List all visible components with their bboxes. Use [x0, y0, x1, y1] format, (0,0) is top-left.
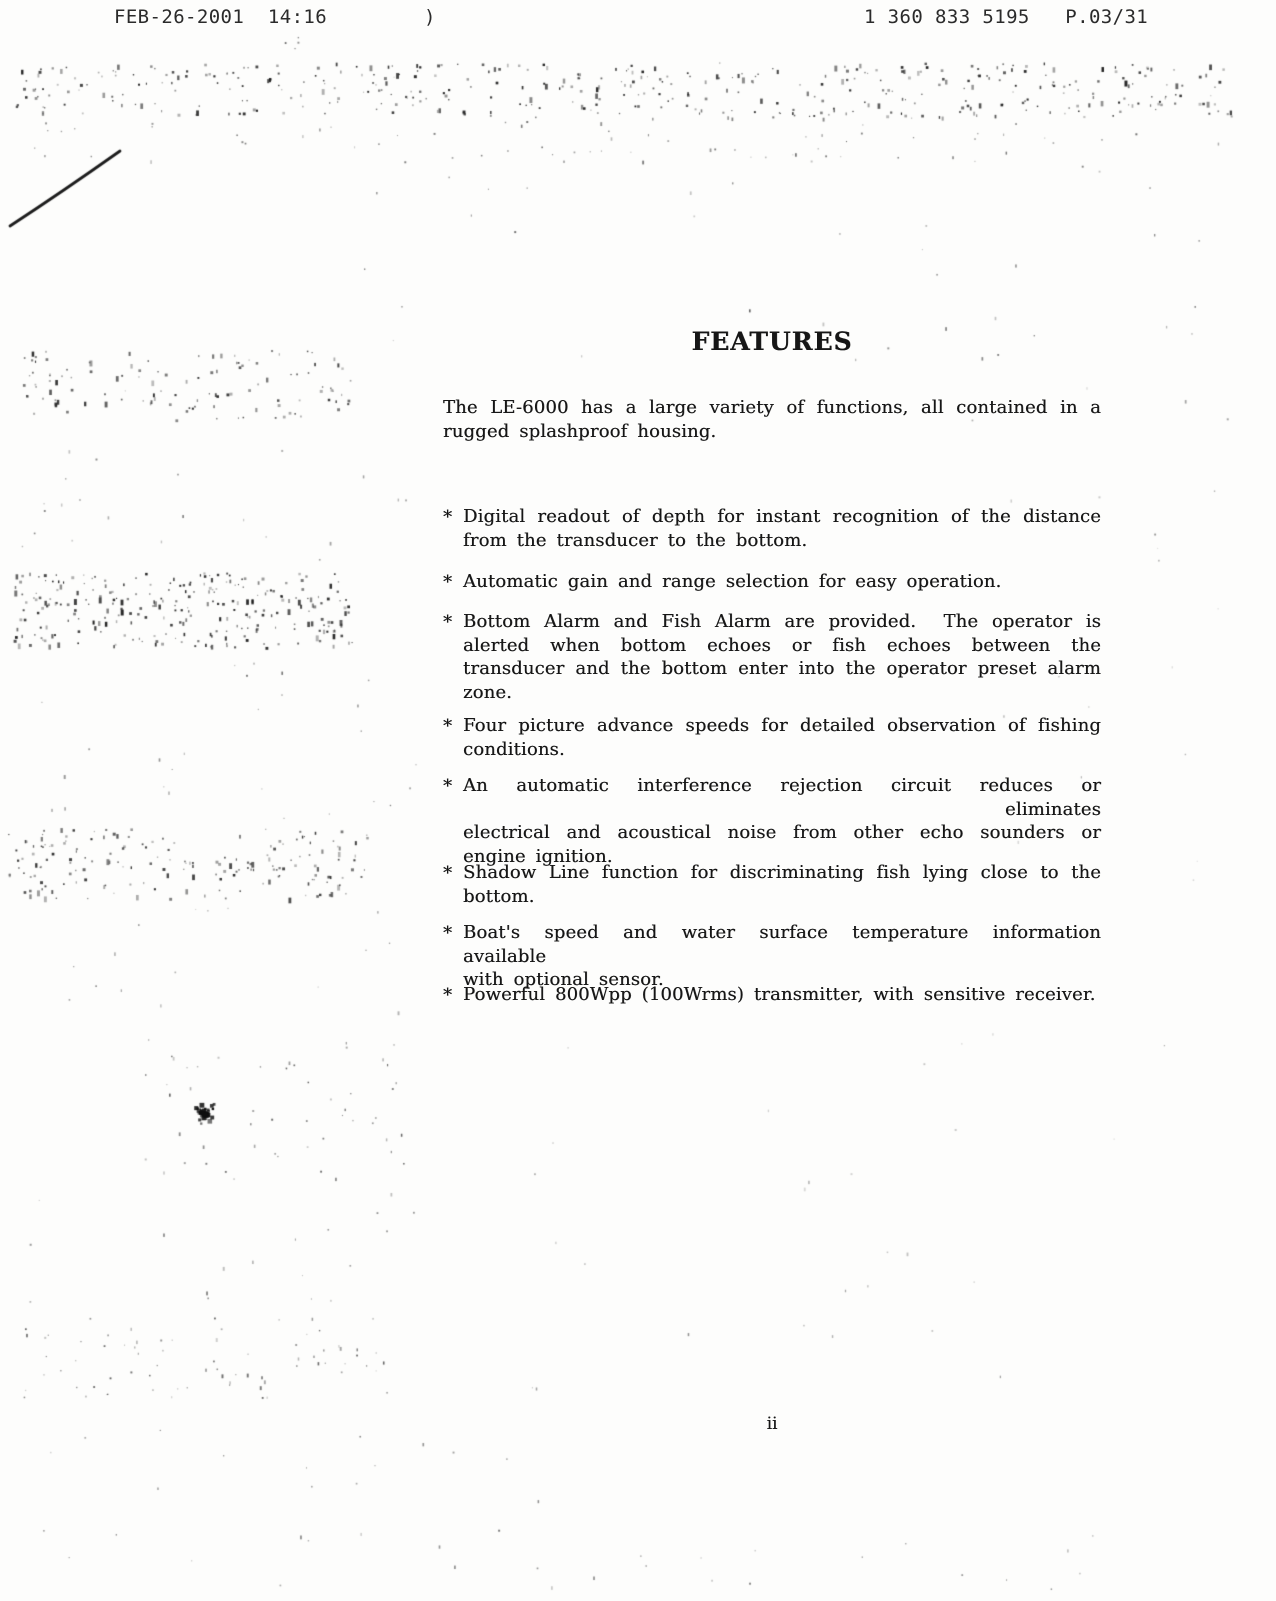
feature-line: An automatic interference rejection circ… [463, 774, 1101, 821]
feature-line: bottom. [463, 885, 1101, 909]
feature-item-auto-gain: * Automatic gain and range selection for… [463, 570, 1101, 594]
fax-header-datetime: FEB-26-2001 14:16 [114, 6, 327, 28]
bullet-marker: * [443, 775, 452, 799]
bullet-marker: * [443, 922, 452, 946]
feature-item-digital-readout: * Digital readout of depth for instant r… [463, 505, 1101, 552]
feature-item-transmitter: * Powerful 800Wpp (100Wrms) transmitter,… [463, 983, 1101, 1007]
feature-item-speed-temperature: * Boat's speed and water surface tempera… [463, 921, 1101, 992]
intro-line: rugged splashproof housing. [443, 420, 1101, 444]
feature-line: Four picture advance speeds for detailed… [463, 714, 1101, 738]
bullet-marker: * [443, 611, 452, 635]
fax-header-separator-mark: ) [424, 6, 436, 28]
feature-line: Automatic gain and range selection for e… [463, 570, 1101, 594]
page-title: FEATURES [443, 327, 1101, 356]
feature-line: Boat's speed and water surface temperatu… [463, 921, 1101, 968]
fax-header-number-page: 1 360 833 5195 P.03∕31 [864, 6, 1148, 28]
feature-line: transducer and the bottom enter into the… [463, 657, 1101, 681]
feature-line: Digital readout of depth for instant rec… [463, 505, 1101, 529]
feature-line: alerted when bottom echoes or fish echoe… [463, 634, 1101, 658]
intro-line: The LE-6000 has a large variety of funct… [443, 396, 1101, 420]
bullet-marker: * [443, 571, 452, 595]
bullet-marker: * [443, 984, 452, 1008]
feature-line: Shadow Line function for discriminating … [463, 861, 1101, 885]
feature-line: from the transducer to the bottom. [463, 529, 1101, 553]
feature-item-alarms: * Bottom Alarm and Fish Alarm are provid… [463, 610, 1101, 704]
feature-line: conditions. [463, 738, 1101, 762]
feature-item-shadow-line: * Shadow Line function for discriminatin… [463, 861, 1101, 908]
bullet-marker: * [443, 715, 452, 739]
bullet-marker: * [443, 506, 452, 530]
intro-paragraph: The LE-6000 has a large variety of funct… [443, 396, 1101, 443]
feature-item-interference-rejection: * An automatic interference rejection ci… [463, 774, 1101, 868]
feature-line: electrical and acoustical noise from oth… [463, 821, 1101, 845]
feature-line: zone. [463, 681, 1101, 705]
feature-item-picture-speeds: * Four picture advance speeds for detail… [463, 714, 1101, 761]
feature-line: Bottom Alarm and Fish Alarm are provided… [463, 610, 1101, 634]
scanned-fax-page: FEB-26-2001 14:16 ) 1 360 833 5195 P.03∕… [0, 0, 1276, 1601]
feature-line: Powerful 800Wpp (100Wrms) transmitter, w… [463, 983, 1101, 1007]
page-number: ii [443, 1414, 1101, 1434]
bullet-marker: * [443, 862, 452, 886]
